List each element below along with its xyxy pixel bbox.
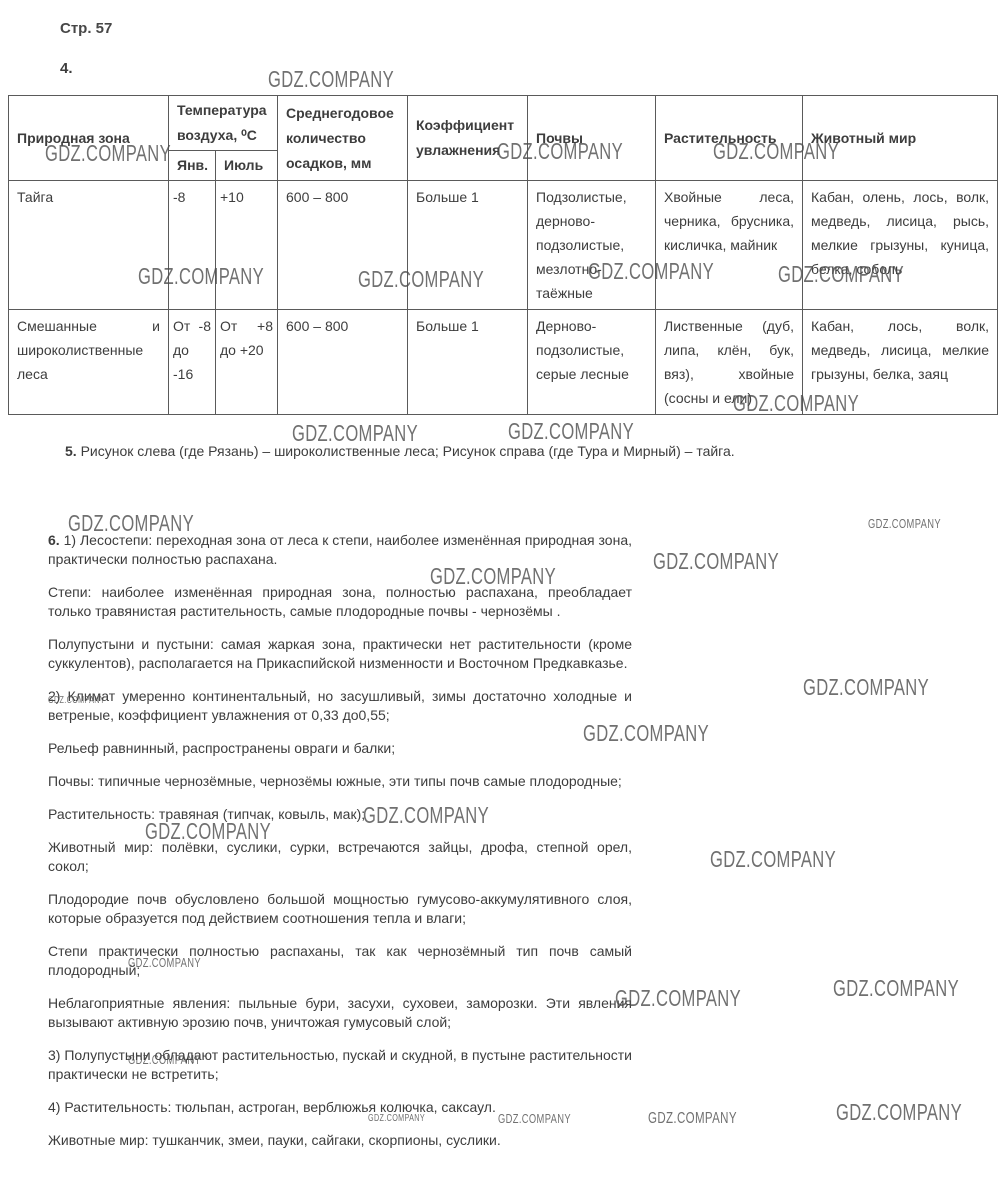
cell-temp-jul: +10 [216,181,278,310]
watermark: GDZ.COMPANY [615,985,741,1012]
answer-paragraph: Рельеф равнинный, распространены овраги … [48,739,632,758]
cell-fauna: Кабан, олень, лось, волк, медведь, лисиц… [803,181,998,310]
watermark: GDZ.COMPANY [710,846,836,873]
question-6-number: 6. [48,532,60,548]
answer-paragraph: 2) Климат умеренно континентальный, но з… [48,687,632,725]
answer-6-block: 6. 1) Лесостепи: переходная зона от леса… [48,531,632,1164]
answer-paragraph: Плодородие почв обусловлено большой мощн… [48,890,632,928]
table-header-row-top: Природная зона Температура воздуха, ⁰С С… [9,96,998,151]
col-header-precipitation: Среднегодовое количество осадков, мм [278,96,408,181]
col-header-temperature-group: Температура воздуха, ⁰С [169,96,278,151]
cell-soils: Дерново-подзолистые, серые лесные [528,310,656,415]
watermark: GDZ.COMPANY [836,1099,962,1126]
watermark: GDZ.COMPANY [868,516,941,531]
answer-5: 5. Рисунок слева (где Рязань) – широколи… [65,443,975,459]
table-row-taiga: Тайга -8 +10 600 – 800 Больше 1 Подзолис… [9,181,998,310]
answer-6-text: 1) Лесостепи: переходная зона от леса к … [48,532,632,567]
col-header-vegetation: Растительность [656,96,803,181]
cell-vegetation: Лиственные (дуб, липа, клён, бук, вяз), … [656,310,803,415]
cell-precipitation: 600 – 800 [278,310,408,415]
natural-zones-table: Природная зона Температура воздуха, ⁰С С… [8,95,998,415]
cell-soils: Подзолистые, дерново-подзолистые, мезлот… [528,181,656,310]
question-4-number: 4. [60,60,73,77]
watermark: GDZ.COMPANY [268,66,394,93]
page-number-label: Стр. 57 [60,20,112,37]
answer-paragraph: Неблагоприятные явления: пыльные бури, з… [48,994,632,1032]
cell-moisture-coefficient: Больше 1 [408,310,528,415]
col-header-soils: Почвы [528,96,656,181]
watermark: GDZ.COMPANY [803,674,929,701]
cell-temp-jul: От +8 до +20 [216,310,278,415]
answer-paragraph: Почвы: типичные чернозёмные, чернозёмы ю… [48,772,632,791]
col-header-july: Июль [216,151,278,181]
answer-5-text: Рисунок слева (где Рязань) – широколиств… [81,443,735,459]
col-header-fauna: Животный мир [803,96,998,181]
col-header-moisture-coefficient: Коэффициент увлажнения [408,96,528,181]
answer-paragraph: Животные мир: тушканчик, змеи, пауки, са… [48,1131,632,1150]
watermark: GDZ.COMPANY [653,548,779,575]
cell-precipitation: 600 – 800 [278,181,408,310]
cell-temp-jan: От -8 до -16 [169,310,216,415]
col-header-zone: Природная зона [9,96,169,181]
answer-paragraph: Степи: наиболее изменённая природная зон… [48,583,632,621]
answer-paragraph: Животный мир: полёвки, суслики, сурки, в… [48,838,632,876]
cell-moisture-coefficient: Больше 1 [408,181,528,310]
cell-fauna: Кабан, лось, волк, медведь, лисица, мелк… [803,310,998,415]
answer-paragraph: 3) Полупустыни обладают растительностью,… [48,1046,632,1084]
cell-zone: Смешанные и широколиственные леса [9,310,169,415]
watermark: GDZ.COMPANY [648,1110,737,1128]
answer-paragraph: 6. 1) Лесостепи: переходная зона от леса… [48,531,632,569]
answer-paragraph: Полупустыни и пустыни: самая жаркая зона… [48,635,632,673]
watermark: GDZ.COMPANY [508,418,634,445]
answer-paragraph: 4) Растительность: тюльпан, астроган, ве… [48,1098,632,1117]
col-header-january: Янв. [169,151,216,181]
cell-temp-jan: -8 [169,181,216,310]
answer-paragraph: Растительность: травяная (типчак, ковыль… [48,805,632,824]
watermark: GDZ.COMPANY [833,975,959,1002]
table-row-mixed-forests: Смешанные и широколиственные леса От -8 … [9,310,998,415]
answer-paragraph: Степи практически полностью распаханы, т… [48,942,632,980]
question-5-number: 5. [65,443,77,459]
cell-vegetation: Хвойные леса, черника, брусника, кисличк… [656,181,803,310]
cell-zone: Тайга [9,181,169,310]
